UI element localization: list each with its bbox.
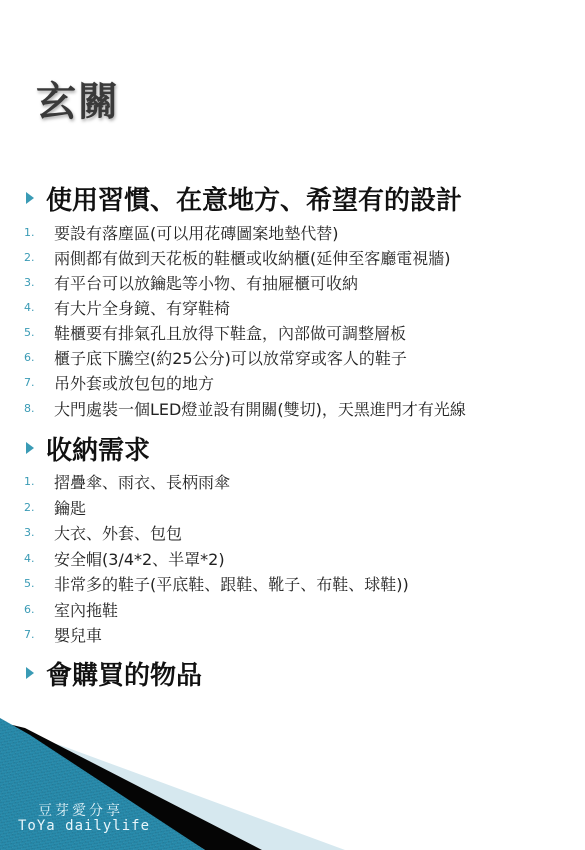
list-number: 6. (24, 603, 35, 616)
corner-swoosh-decoration (0, 0, 585, 850)
list-number: 2. (24, 251, 35, 264)
list-item: 1.要設有落塵區(可以用花磚圖案地墊代替) (0, 221, 585, 245)
list-text: 大衣、外套、包包 (54, 521, 182, 544)
list-text: 有大片全身鏡、有穿鞋椅 (54, 296, 230, 319)
list-number: 3. (24, 276, 35, 289)
watermark-chinese: 豆芽愛分享 (38, 800, 123, 820)
list-item: 3.有平台可以放鑰匙等小物、有抽屜櫃可收納 (0, 271, 585, 295)
triangle-bullet-icon (26, 192, 34, 204)
list-text: 櫃子底下騰空(約25公分)可以放常穿或客人的鞋子 (54, 346, 407, 369)
list-item: 2.鑰匙 (0, 496, 585, 520)
list-item: 7.吊外套或放包包的地方 (0, 371, 585, 395)
list-text: 嬰兒車 (54, 623, 102, 646)
list-text: 要設有落塵區(可以用花磚圖案地墊代替) (54, 221, 339, 244)
list-text: 大門處裝一個LED燈並設有開關(雙切)，天黑進門才有光線 (54, 397, 466, 420)
list-number: 7. (24, 628, 35, 641)
list-text: 鑰匙 (54, 496, 86, 519)
list-item: 4.有大片全身鏡、有穿鞋椅 (0, 296, 585, 320)
watermark-english: ToYa dailylife (18, 818, 150, 834)
list-item: 8.大門處裝一個LED燈並設有開關(雙切)，天黑進門才有光線 (0, 397, 585, 421)
section-heading-label: 收納需求 (46, 430, 150, 467)
list-number: 1. (24, 226, 35, 239)
list-number: 4. (24, 552, 35, 565)
list-text: 鞋櫃要有排氣孔且放得下鞋盒，內部做可調整層板 (54, 321, 406, 344)
slide-title: 玄關 (36, 70, 120, 127)
list-number: 6. (24, 351, 35, 364)
section-heading-label: 會購買的物品 (46, 655, 202, 692)
section-heading-label: 使用習慣、在意地方、希望有的設計 (46, 180, 462, 217)
list-number: 2. (24, 501, 35, 514)
list-item: 4.安全帽(3/4*2、半罩*2) (0, 547, 585, 571)
list-text: 室內拖鞋 (54, 598, 118, 621)
list-text: 非常多的鞋子(平底鞋、跟鞋、靴子、布鞋、球鞋)) (54, 572, 409, 595)
list-number: 8. (24, 402, 35, 415)
triangle-bullet-icon (26, 442, 34, 454)
list-number: 7. (24, 376, 35, 389)
list-number: 1. (24, 475, 35, 488)
list-text: 兩側都有做到天花板的鞋櫃或收納櫃(延伸至客廳電視牆) (54, 246, 451, 269)
list-number: 4. (24, 301, 35, 314)
list-text: 安全帽(3/4*2、半罩*2) (54, 547, 225, 570)
list-item: 7.嬰兒車 (0, 623, 585, 647)
list-number: 5. (24, 326, 35, 339)
list-item: 5.鞋櫃要有排氣孔且放得下鞋盒，內部做可調整層板 (0, 321, 585, 345)
list-item: 6.櫃子底下騰空(約25公分)可以放常穿或客人的鞋子 (0, 346, 585, 370)
list-number: 3. (24, 526, 35, 539)
list-item: 2.兩側都有做到天花板的鞋櫃或收納櫃(延伸至客廳電視牆) (0, 246, 585, 270)
triangle-bullet-icon (26, 667, 34, 679)
list-number: 5. (24, 577, 35, 590)
list-text: 吊外套或放包包的地方 (54, 371, 214, 394)
list-item: 6.室內拖鞋 (0, 598, 585, 622)
list-item: 1.摺疊傘、雨衣、長柄雨傘 (0, 470, 585, 494)
list-item: 5.非常多的鞋子(平底鞋、跟鞋、靴子、布鞋、球鞋)) (0, 572, 585, 596)
list-item: 3.大衣、外套、包包 (0, 521, 585, 545)
list-text: 有平台可以放鑰匙等小物、有抽屜櫃可收納 (54, 271, 358, 294)
list-text: 摺疊傘、雨衣、長柄雨傘 (54, 470, 230, 493)
